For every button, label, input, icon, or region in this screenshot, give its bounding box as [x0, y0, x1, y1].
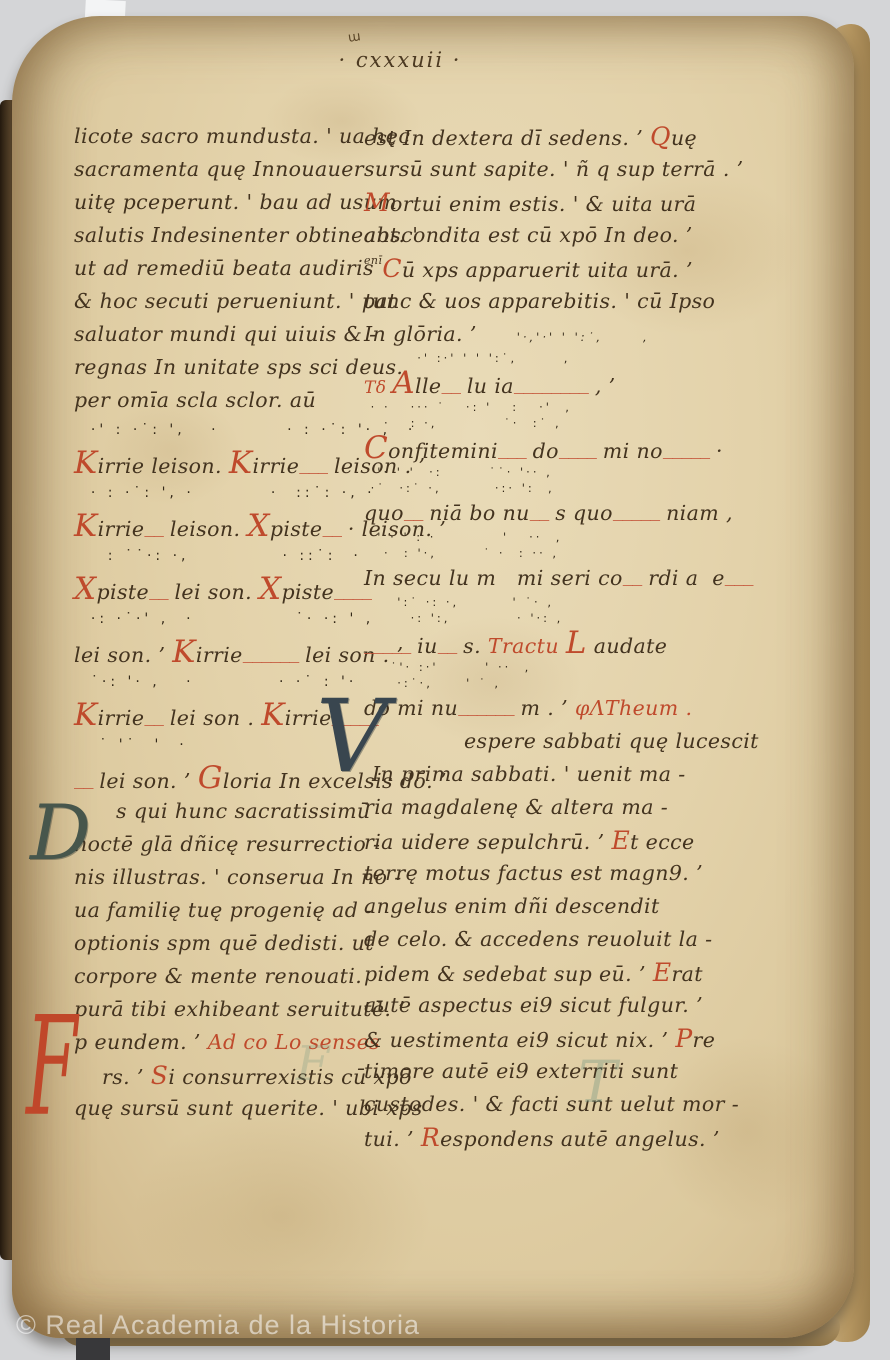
red-extender-line: ______	[458, 692, 514, 716]
rubric-initial: Q	[650, 122, 671, 151]
text-segment: uę	[671, 126, 697, 150]
manuscript-line: enīCū xps apparuerit uita urā. ’	[364, 252, 709, 285]
text-segment: piste	[96, 580, 149, 604]
text-segment: irrie leison.	[98, 454, 229, 478]
neume-row: ·:˙·, ' ˙ ,	[364, 676, 709, 692]
neume-row: · · ··· ˙ ·: ' : ·' ,	[364, 400, 709, 416]
neume-row: · : ·˙: ', · · ::˙: ·, ·	[74, 480, 376, 510]
manuscript-line: rs. ’ Si consurrexistis cū xpō	[74, 1059, 376, 1092]
manuscript-line: & uestimenta ei9 sicut nix. ’ Pre	[364, 1022, 709, 1055]
text-segment: custodes. ' & facti sunt uelut mor -	[364, 1092, 739, 1116]
manuscript-line: Tδ Alle__ lu ia________ , ’	[364, 367, 709, 400]
rubric-initial: E	[653, 958, 672, 987]
text-segment: sacramenta quę Innouauer	[74, 157, 364, 181]
manuscript-line: In glōria. ’ '·,'·' ' ':˙, ,	[364, 318, 709, 351]
manuscript-line: purā tibi exhibeant seruitutē. ’	[74, 993, 376, 1026]
text-segment: ut ad remediū beata audiris	[74, 256, 374, 280]
text-segment: irrie	[196, 643, 243, 667]
folio-quire-mark: ɯ	[347, 29, 362, 46]
rubric-initial: X	[247, 508, 269, 544]
neume-row: '· ' ' ·: ˙˙· '·· ,	[364, 465, 709, 481]
manuscript-line: per omīa scla sclor. aū	[74, 384, 376, 417]
rubric-initial: K	[74, 697, 98, 733]
text-segment: onfitemini	[388, 439, 498, 463]
text-segment: uitę pceperunt. ' bau ad usum	[74, 190, 397, 214]
manuscript-line: nis illustras. ' conserua In no -	[74, 861, 376, 894]
inline-neumes: '·,'·' ' ':˙, ,	[477, 330, 650, 344]
neume-row: : ˙˙·: ·, · ::˙: ·	[74, 543, 376, 573]
manuscript-line: & hoc secuti perueniunt. ' pat	[74, 285, 376, 318]
text-segment: t ecce	[630, 830, 694, 854]
neume-row: ':˙ ·: ·, ' ˙· ,	[364, 595, 709, 611]
manuscript-line: p eundem. ’ Ad co Lo senses	[74, 1026, 376, 1059]
manuscript-line: sacramenta quę Innouauer	[74, 153, 376, 186]
manuscript-line: quo__ niā bo nu__ s quo_____ niam ,	[364, 497, 709, 530]
text-segment: pidem & sedebat sup eū. ’	[364, 962, 653, 986]
text-segment: ria uidere sepulchrū. ’	[364, 830, 611, 854]
manuscript-line: timore autē ei9 exterriti sunt	[364, 1055, 709, 1088]
text-segment: iu	[410, 634, 437, 658]
text-segment: audate	[587, 634, 667, 658]
rubric-initial: X	[259, 571, 281, 607]
neume-row: ·' :·' ' ' ':˙, ,	[364, 351, 709, 367]
text-segment: optionis spm quē dedisti. ut	[74, 931, 374, 955]
rubric-initial: E	[611, 826, 630, 855]
manuscript-line: espere sabbati quę lucescit	[364, 725, 709, 758]
text-segment: m . ’	[514, 696, 575, 720]
red-extender-line: ___	[299, 450, 327, 474]
text-segment: lei son.	[168, 580, 259, 604]
manuscript-line: abscondita est cū xpō In deo. ’	[364, 219, 709, 252]
manuscript-line: ut ad remediū beata audiris	[74, 252, 376, 285]
text-segment: tui. ’	[364, 1127, 421, 1151]
manuscript-line: ua familię tuę progenię ad -	[74, 894, 376, 927]
text-segment: ortui enim estis. ' & uita urā	[390, 192, 696, 216]
text-segment: de celo. & accedens reuoluit la -	[364, 927, 713, 951]
manuscript-line: uitę pceperunt. ' bau ad usum	[74, 186, 376, 219]
rubric-initial: K	[229, 445, 253, 481]
text-segment: rdi a e	[641, 566, 725, 590]
manuscript-photo: ɯ · cxxxuii · licote sacro mundusta. ' u…	[0, 0, 890, 1360]
neume-row: ·: ·˙·' , · ˙· ·: ' ,	[74, 606, 376, 636]
red-extender-line: ________	[514, 370, 588, 394]
rubric-initial: X	[74, 571, 96, 607]
text-segment: espere sabbati quę lucescit	[464, 729, 759, 753]
text-segment: purā tibi exhibeant seruitutē. ’	[74, 997, 405, 1021]
text-segment: irrie	[252, 454, 299, 478]
copyright-watermark: © Real Academia de la Historia	[16, 1310, 420, 1341]
text-segment: irrie	[98, 517, 145, 541]
manuscript-line: licote sacro mundusta. ' ua hęc	[74, 120, 376, 153]
red-extender-line: __	[404, 497, 423, 521]
red-extender-line: __	[144, 513, 163, 537]
text-segment: ·	[709, 439, 723, 463]
rubric-initial: M	[364, 188, 390, 217]
rubric-initial: K	[74, 445, 98, 481]
rubric-initial: C	[364, 430, 388, 466]
text-segment: noctē glā dñicę resurrectio -	[74, 832, 380, 856]
manuscript-line: salutis Indesinenter obtineant. '	[74, 219, 376, 252]
manuscript-line: de celo. & accedens reuoluit la -	[364, 923, 709, 956]
rubric-initial: C	[382, 254, 402, 283]
text-segment: & uestimenta ei9 sicut nix. ’	[364, 1028, 675, 1052]
manuscript-line: tunc & uos apparebitis. ' cū Ipso	[364, 285, 709, 318]
manuscript-line: angelus enim dñi descendit	[364, 890, 709, 923]
text-segment: re	[693, 1028, 716, 1052]
text-segment: mi no	[596, 439, 663, 463]
left-text-column: licote sacro mundusta. ' ua hęcsacrament…	[74, 120, 376, 1125]
neume-row: · : '·, ˙ · : ·· ,	[364, 546, 709, 562]
manuscript-line: saluator mundi qui uiuis & -	[74, 318, 376, 351]
manuscript-line: Mortui enim estis. ' & uita urā	[364, 186, 709, 219]
red-extender-line: __	[74, 765, 93, 789]
text-segment: quo	[364, 501, 404, 525]
text-segment: rat	[671, 962, 702, 986]
text-segment: lei son .	[163, 706, 261, 730]
red-extender-line: __	[530, 497, 549, 521]
neume-row: ·: ':, · '·: ,	[364, 611, 709, 627]
manuscript-line: sursū sunt sapite. ' ñ q sup terrā . ’	[364, 153, 709, 186]
manuscript-line: noctē glā dñicę resurrectio -	[74, 828, 376, 861]
rubric-initial: K	[172, 634, 196, 670]
text-segment: sursū sunt sapite. ' ñ q sup terrā . ’	[364, 157, 744, 181]
text-segment: niā bo nu	[422, 501, 529, 525]
text-segment: autē aspectus ei9 sicut fulgur. ’	[364, 993, 703, 1017]
red-extender-line: ____	[559, 435, 596, 459]
rubric-text: Tractu	[488, 634, 566, 658]
red-extender-line: __	[149, 576, 168, 600]
text-segment: lei son. ’	[74, 643, 172, 667]
marginal-initial-f: F	[26, 988, 77, 1147]
manuscript-line: lei son. ’ Kirrie______ lei son . ’	[74, 636, 376, 669]
manuscript-line: est In dextera dī sedens. ’ Quę	[364, 120, 709, 153]
text-segment: lle	[415, 374, 441, 398]
text-segment: regnas In unitate sps sci deus.	[74, 355, 403, 379]
rubric-text: φΛTheum .	[575, 696, 692, 720]
manuscript-line: quę sursū sunt querite. ' ubi xps	[74, 1092, 376, 1125]
red-extender-line: __	[623, 562, 642, 586]
manuscript-line: do mi nu______ m . ’ φΛTheum .	[364, 692, 709, 725]
text-segment: ū xps apparuerit uita urā. ’	[402, 258, 693, 282]
manuscript-line: ria uidere sepulchrū. ’ Et ecce	[364, 824, 709, 857]
manuscript-line: pidem & sedebat sup eū. ’ Erat	[364, 956, 709, 989]
red-extender-line: ___	[725, 562, 753, 586]
neume-row: ·' : ·˙: ', · · : ·˙: '· , ·	[74, 417, 376, 447]
manuscript-line: optionis spm quē dedisti. ut	[74, 927, 376, 960]
text-segment: In secu lu m mi seri co	[364, 566, 623, 590]
manuscript-line: autē aspectus ei9 sicut fulgur. ’	[364, 989, 709, 1022]
red-extender-line: ___	[498, 435, 526, 459]
text-segment: , ’	[588, 374, 616, 398]
manuscript-line: Xpiste__ lei son. Xpiste____	[74, 573, 376, 606]
illuminated-initial-v: V	[316, 678, 388, 795]
folio-number: · cxxxuii ·	[300, 48, 500, 72]
red-extender-line: _____	[613, 497, 659, 521]
text-segment: per omīa scla sclor. aū	[74, 388, 316, 412]
page-shadow-notch	[76, 1338, 110, 1360]
manuscript-line: regnas In unitate sps sci deus.	[74, 351, 376, 384]
text-segment: lu ia	[460, 374, 514, 398]
rubric-initial: S	[151, 1061, 169, 1090]
red-extender-line: ______	[243, 639, 299, 663]
text-segment: angelus enim dñi descendit	[364, 894, 660, 918]
text-segment: s.	[456, 634, 488, 658]
text-segment: piste	[270, 517, 323, 541]
manuscript-line: Kirrie__ leison. Xpiste__ · leison. ’	[74, 510, 376, 543]
text-segment: saluator mundi qui uiuis & -	[74, 322, 377, 346]
text-segment: In glōria. ’	[364, 322, 477, 346]
text-segment: & hoc secuti perueniunt. ' pat	[74, 289, 397, 313]
text-segment: espondens autē angelus. ’	[440, 1127, 720, 1151]
text-segment: licote sacro mundusta. ' ua hęc	[74, 124, 410, 148]
manuscript-line: _____ iu__ s. Tractu L audate	[364, 627, 709, 660]
manuscript-line: custodes. ' & facti sunt uelut mor -	[364, 1088, 709, 1121]
red-extender-line: __	[322, 513, 341, 537]
text-segment: piste	[281, 580, 334, 604]
text-segment: nis illustras. ' conserua In no -	[74, 865, 402, 889]
manuscript-line: corpore & mente renouati.	[74, 960, 376, 993]
rubric-initial: P	[675, 1024, 692, 1053]
text-segment: corpore & mente renouati.	[74, 964, 362, 988]
text-segment: ria magdalenę & altera ma -	[364, 795, 668, 819]
text-segment: do	[526, 439, 559, 463]
manuscript-line: In prima sabbati. ' uenit ma -	[364, 758, 709, 791]
text-segment: s qui hunc sacratissimū	[116, 799, 371, 823]
manuscript-line: Confitemini___ do____ mi no_____ ·	[364, 432, 709, 465]
neume-row: ·˙ ·:˙ ·, ·:· ': ,	[364, 481, 709, 497]
rubric-text: Tδ	[364, 378, 392, 398]
rubric-initial: R	[421, 1123, 440, 1152]
rubric-initial: K	[74, 508, 98, 544]
neume-row: ˙'· :·' ' ·· ,	[364, 660, 709, 676]
text-segment: timore autē ei9 exterriti sunt	[364, 1059, 678, 1083]
text-segment: niam ,	[659, 501, 733, 525]
text-segment: terrę motus factus est magn9. ’	[364, 861, 703, 885]
text-segment: est In dextera dī sedens. ’	[364, 126, 650, 150]
red-extender-line: __	[438, 630, 457, 654]
manuscript-line: In secu lu m mi seri co__ rdi a e___	[364, 562, 709, 595]
manuscript-line: Kirrie leison. Kirrie___ leison . ’	[74, 447, 376, 480]
manuscript-line: terrę motus factus est magn9. ’	[364, 857, 709, 890]
right-text-column: est In dextera dī sedens. ’ Quęsursū sun…	[364, 120, 709, 1154]
manuscript-line: ria magdalenę & altera ma -	[364, 791, 709, 824]
neume-row: · : ·, ˙· :˙ ,	[364, 416, 709, 432]
text-layer: ɯ · cxxxuii · licote sacro mundusta. ' u…	[0, 0, 890, 1360]
neume-row: ' · ' : · ' ·· ,	[364, 530, 709, 546]
text-segment: enī	[364, 254, 382, 267]
red-extender-line: _____	[364, 630, 410, 654]
red-extender-line: _____	[663, 435, 709, 459]
rubric-initial: K	[261, 697, 285, 733]
rubric-initial: G	[198, 760, 223, 796]
text-segment: lei son. ’	[93, 769, 198, 793]
rubric-text: Ad co Lo senses	[208, 1030, 380, 1054]
text-segment: abscondita est cū xpō In deo. ’	[364, 223, 693, 247]
text-segment: ua familię tuę progenię ad -	[74, 898, 373, 922]
text-segment: In prima sabbati. ' uenit ma -	[372, 762, 686, 786]
text-segment: s quo	[548, 501, 613, 525]
text-segment: tunc & uos apparebitis. ' cū Ipso	[364, 289, 715, 313]
manuscript-line: s qui hunc sacratissimū	[74, 795, 376, 828]
text-segment: rs. ’	[102, 1065, 151, 1089]
manuscript-line: tui. ’ Respondens autē angelus. ’	[364, 1121, 709, 1154]
text-segment: irrie	[98, 706, 145, 730]
red-extender-line: __	[441, 370, 460, 394]
text-segment: p eundem. ’	[74, 1030, 208, 1054]
illuminated-initial-d: D	[30, 788, 91, 877]
text-segment: leison.	[163, 517, 247, 541]
rubric-initial: A	[392, 365, 415, 401]
rubric-initial: L	[566, 625, 587, 661]
red-extender-line: __	[144, 702, 163, 726]
